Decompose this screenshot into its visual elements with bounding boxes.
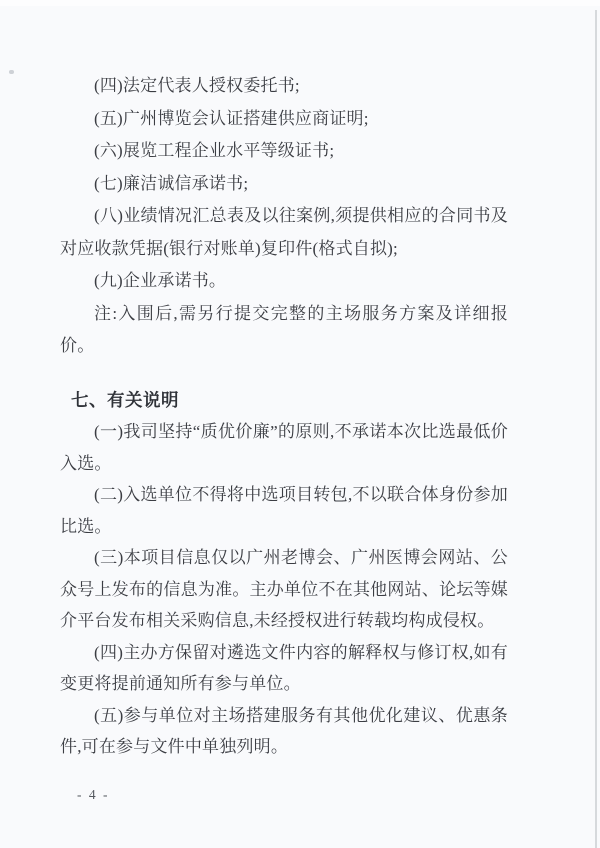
attachment-list-item-4: (四)法定代表人授权委托书; [60,70,508,103]
attachment-list-item-8: (八)业绩情况汇总表及以往案例,须提供相应的合同书及对应收款凭据(银行对账单)复… [60,200,508,265]
scan-right-edge-line [595,10,597,848]
note-paragraph: 注:入围后,需另行提交完整的主场服务方案及详细报价。 [60,298,508,363]
scan-top-edge-artifact [0,0,600,6]
section-item-1: (一)我司坚持“质优价廉”的原则,不承诺本次比选最低价入选。 [60,416,508,479]
scanned-document-page: (四)法定代表人授权委托书; (五)广州博览会认证搭建供应商证明; (六)展览工… [0,0,600,848]
document-body: (四)法定代表人授权委托书; (五)广州博览会认证搭建供应商证明; (六)展览工… [60,70,508,763]
page-number: - 4 - [77,787,110,802]
attachment-list-item-7: (七)廉洁诚信承诺书; [60,168,508,201]
section-item-5: (五)参与单位对主场搭建服务有其他优化建议、优惠条件,可在参与文件中单独列明。 [60,700,508,763]
attachment-list-item-9: (九)企业承诺书。 [60,265,508,298]
attachment-list-item-6: (六)展览工程企业水平等级证书; [60,135,508,168]
section-heading: 七、有关说明 [60,385,508,417]
section-item-3: (三)本项目信息仅以广州老博会、广州医博会网站、公众号上发布的信息为准。主办单位… [60,542,508,637]
scan-speck-artifact [9,70,14,74]
attachment-list-item-5: (五)广州博览会认证搭建供应商证明; [60,103,508,136]
section-item-2: (二)入选单位不得将中选项目转包,不以联合体身份参加比选。 [60,479,508,542]
section-item-4: (四)主办方保留对遴选文件内容的解释权与修订权,如有变更将提前通知所有参与单位。 [60,637,508,700]
page-footer: - 4 - [77,786,110,804]
